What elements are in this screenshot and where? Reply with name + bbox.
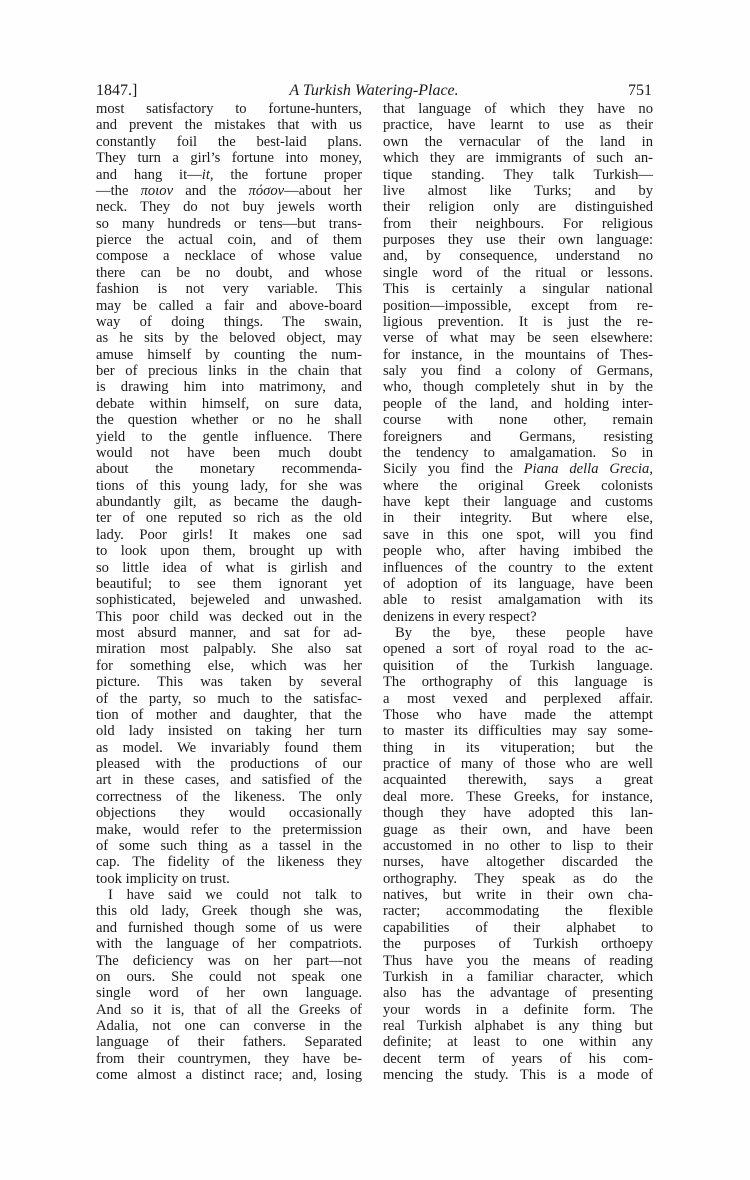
text-line: also has the advantage of presenting	[383, 985, 653, 1001]
text-line: lady. Poor girls! It makes one sad	[96, 527, 362, 543]
text-line: single word of her own language.	[96, 985, 362, 1001]
text-line: deal more. These Greeks, for instance,	[383, 789, 653, 805]
text-line: yield to the gentle influence. There	[96, 429, 362, 445]
text-line: as he sits by the beloved object, may	[96, 330, 362, 346]
text-line: The deficiency was on her part—not	[96, 953, 362, 969]
text-line: verse of what may be seen elsewhere:	[383, 330, 653, 346]
text-line: way of doing things. The swain,	[96, 314, 362, 330]
running-header: 1847.] A Turkish Watering-Place. 751	[96, 81, 652, 101]
text-line: ter of one reputed so rich as the old	[96, 510, 362, 526]
text-line: make, would refer to the pretermission	[96, 822, 362, 838]
text-line: denizens in every respect?	[383, 609, 653, 625]
text-line: debate within himself, on sure data,	[96, 396, 362, 412]
text-line: and, by consequence, understand no	[383, 248, 653, 264]
text-line: the purposes of Turkish orthoepy	[383, 936, 653, 952]
text-line: foreigners and Germans, resisting	[383, 429, 653, 445]
text-line: pierce the actual coin, and of them	[96, 232, 362, 248]
text-line: orthography. They speak as do the	[383, 871, 653, 887]
text-line: so many hundreds or tens—but trans-	[96, 216, 362, 232]
text-line: real Turkish alphabet is any thing but	[383, 1018, 653, 1034]
page-number: 751	[628, 81, 652, 101]
text-line: natives, but write in their own cha-	[383, 887, 653, 903]
text-line: to look upon them, brought up with	[96, 543, 362, 559]
text-line: They turn a girl’s fortune into money,	[96, 150, 362, 166]
text-line: mencing the study. This is a mode of	[383, 1067, 653, 1083]
text-line: the tendency to amalgamation. So in	[383, 445, 653, 461]
text-line: have kept their language and customs	[383, 494, 653, 510]
text-line: pleased with the productions of our	[96, 756, 362, 772]
text-line: tion of mother and daughter, that the	[96, 707, 362, 723]
text-line: able to resist amalgamation with its	[383, 592, 653, 608]
text-line: cap. The fidelity of the likeness they	[96, 854, 362, 870]
text-line: of the party, so much to the satisfac-	[96, 691, 362, 707]
text-line: miration most palpably. She also sat	[96, 641, 362, 657]
text-line: neck. They do not buy jewels worth	[96, 199, 362, 215]
text-line: capabilities of their alphabet to	[383, 920, 653, 936]
header-title: A Turkish Watering-Place.	[96, 81, 652, 101]
text-line: purposes they use their own language:	[383, 232, 653, 248]
text-line: guage as their own, and have been	[383, 822, 653, 838]
text-line: art in these cases, and satisfied of the	[96, 772, 362, 788]
text-line: from their neighbours. For religious	[383, 216, 653, 232]
text-line: decent term of years of his com-	[383, 1051, 653, 1067]
text-line: may be called a fair and above-board	[96, 298, 362, 314]
text-line: most absurd manner, and sat for ad-	[96, 625, 362, 641]
text-line: where the original Greek colonists	[383, 478, 653, 494]
text-line: the question whether or no he shall	[96, 412, 362, 428]
text-line: and prevent the mistakes that with us	[96, 117, 362, 133]
text-line: definite; at least to one within any	[383, 1034, 653, 1050]
text-line: —the ποιον and the πόσον—about her	[96, 183, 362, 199]
text-line: a most vexed and perplexed affair.	[383, 691, 653, 707]
text-line: racter; accommodating the flexible	[383, 903, 653, 919]
text-line: though they have adopted this lan-	[383, 805, 653, 821]
text-line: nurses, have altogether discarded the	[383, 854, 653, 870]
text-line: this old lady, Greek though she was,	[96, 903, 362, 919]
text-line: sophisticated, bejeweled and unwashed.	[96, 592, 362, 608]
text-line: single word of the ritual or lessons.	[383, 265, 653, 281]
text-line: influences of the country to the extent	[383, 560, 653, 576]
right-text-column: that language of which they have nopract…	[383, 101, 653, 1084]
text-line: acquainted therewith, says a great	[383, 772, 653, 788]
text-line: of adoption of its language, have been	[383, 576, 653, 592]
text-line: Thus have you the means of reading	[383, 953, 653, 969]
text-line: with the language of her compatriots.	[96, 936, 362, 952]
text-line: own the vernacular of the land in	[383, 134, 653, 150]
text-line: so little idea of what is girlish and	[96, 560, 362, 576]
text-line: ber of precious links in the chain that	[96, 363, 362, 379]
text-line: people who, after having imbibed the	[383, 543, 653, 559]
text-line: accustomed in no other to lisp to their	[383, 838, 653, 854]
text-line: correctness of the likeness. The only	[96, 789, 362, 805]
text-line: By the bye, these people have	[383, 625, 653, 641]
text-line: Sicily you find the Piana della Grecia,	[383, 461, 653, 477]
text-line: Those who have made the attempt	[383, 707, 653, 723]
text-line: This poor child was decked out in the	[96, 609, 362, 625]
text-line: there can be no doubt, and whose	[96, 265, 362, 281]
left-text-column: most satisfactory to fortune-hunters,and…	[96, 101, 362, 1084]
text-line: their religion only are distinguished	[383, 199, 653, 215]
text-line: which they are immigrants of such an-	[383, 150, 653, 166]
document-page: 1847.] A Turkish Watering-Place. 751 mos…	[0, 0, 750, 1180]
text-line: took implicity on trust.	[96, 871, 362, 887]
text-line: beautiful; to see them ignorant yet	[96, 576, 362, 592]
text-line: picture. This was taken by several	[96, 674, 362, 690]
text-line: fashion is not very variable. This	[96, 281, 362, 297]
text-line: tions of this young lady, for she was	[96, 478, 362, 494]
text-line: who, though completely shut in by the	[383, 379, 653, 395]
text-line: as model. We invariably found them	[96, 740, 362, 756]
text-line: constantly foil the best-laid plans.	[96, 134, 362, 150]
text-line: tique standing. They talk Turkish—	[383, 167, 653, 183]
text-line: Adalia, not one can converse in the	[96, 1018, 362, 1034]
text-line: to master its difficulties may say some-	[383, 723, 653, 739]
text-line: for something else, which was her	[96, 658, 362, 674]
text-line: of some such thing as a tassel in the	[96, 838, 362, 854]
text-line: in their integrity. But where else,	[383, 510, 653, 526]
text-line: practice of many of those who are well	[383, 756, 653, 772]
text-line: save in this one spot, will you find	[383, 527, 653, 543]
text-line: compose a necklace of whose value	[96, 248, 362, 264]
text-line: saly you find a colony of Germans,	[383, 363, 653, 379]
text-line: Turkish in a familiar character, which	[383, 969, 653, 985]
text-line: is drawing him into matrimony, and	[96, 379, 362, 395]
text-line: ligious prevention. It is just the re-	[383, 314, 653, 330]
text-line: quisition of the Turkish language.	[383, 658, 653, 674]
text-line: most satisfactory to fortune-hunters,	[96, 101, 362, 117]
text-line: and furnished though some of us were	[96, 920, 362, 936]
text-line: The orthography of this language is	[383, 674, 653, 690]
text-line: thing in its vituperation; but the	[383, 740, 653, 756]
text-line: live almost like Turks; and by	[383, 183, 653, 199]
text-line: This is certainly a singular national	[383, 281, 653, 297]
text-line: objections they would occasionally	[96, 805, 362, 821]
text-line: practice, have learnt to use as their	[383, 117, 653, 133]
text-line: language of their fathers. Separated	[96, 1034, 362, 1050]
text-line: course with none other, remain	[383, 412, 653, 428]
text-line: on ours. She could not speak one	[96, 969, 362, 985]
text-line: abundantly gilt, as became the daugh-	[96, 494, 362, 510]
text-line: your words in a definite form. The	[383, 1002, 653, 1018]
text-line: I have said we could not talk to	[96, 887, 362, 903]
text-line: come almost a distinct race; and, losing	[96, 1067, 362, 1083]
text-line: for instance, in the mountains of Thes-	[383, 347, 653, 363]
text-line: opened a sort of royal road to the ac-	[383, 641, 653, 657]
text-line: And so it is, that of all the Greeks of	[96, 1002, 362, 1018]
text-line: that language of which they have no	[383, 101, 653, 117]
text-line: would not have been much doubt	[96, 445, 362, 461]
text-line: about the monetary recommenda-	[96, 461, 362, 477]
text-line: position—impossible, except from re-	[383, 298, 653, 314]
text-line: and hang it—it, the fortune proper	[96, 167, 362, 183]
text-line: amuse himself by counting the num-	[96, 347, 362, 363]
text-line: from their countrymen, they have be-	[96, 1051, 362, 1067]
text-line: people of the land, and holding inter-	[383, 396, 653, 412]
text-line: old lady insisted on taking her turn	[96, 723, 362, 739]
